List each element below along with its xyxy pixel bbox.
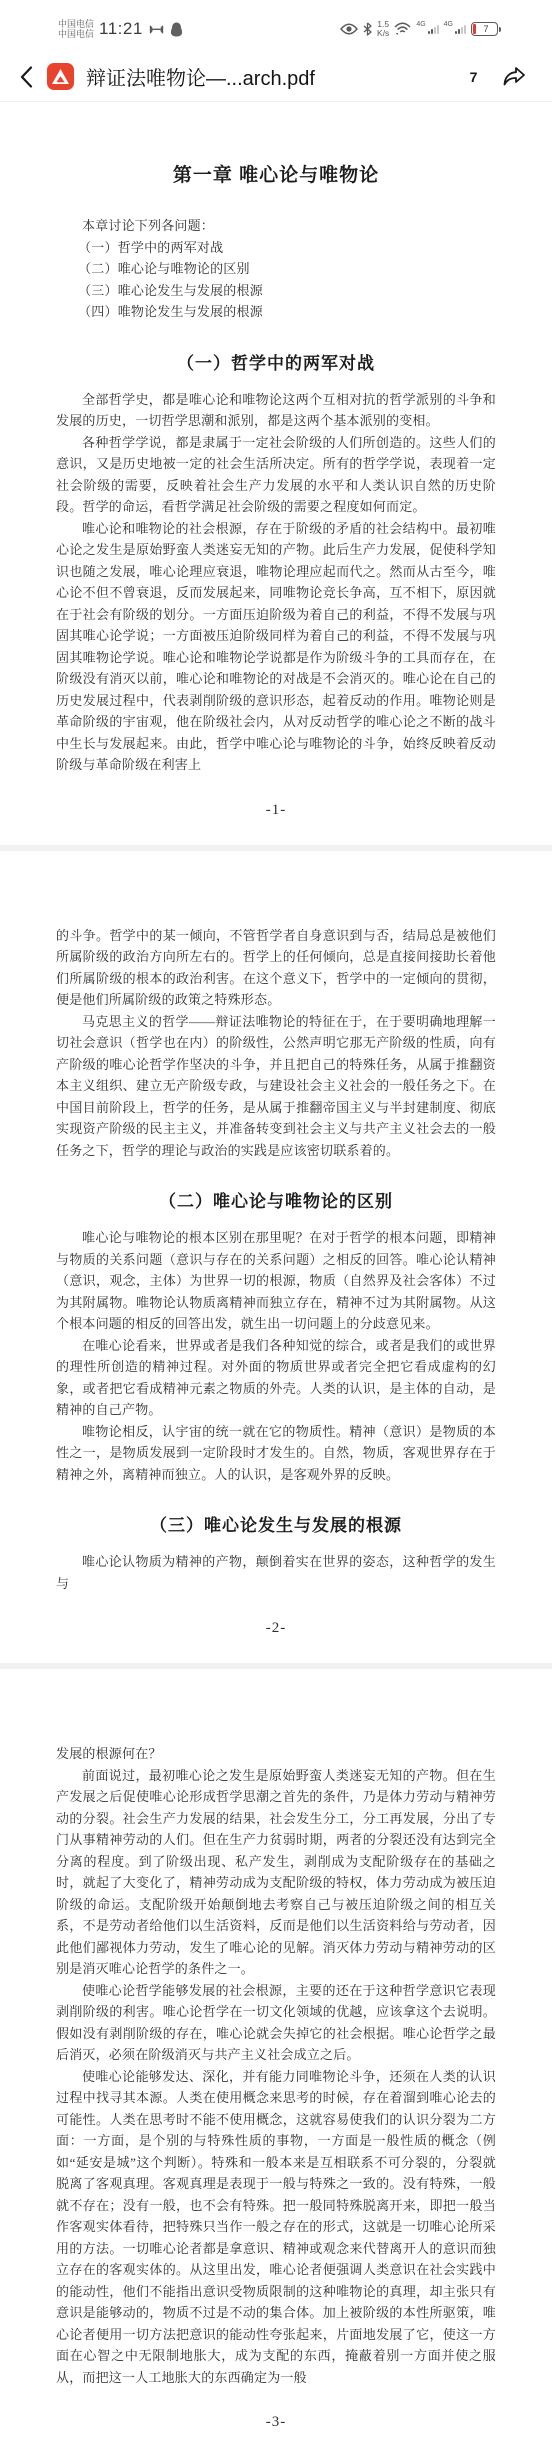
carrier-sim1: 中国电信 [58,19,94,29]
intro-line: 本章讨论下列各问题： [56,215,496,237]
network-speed: 1.5 K/s [377,20,389,38]
paragraph: 唯心论认物质为精神的产物，颠倒着实在世界的姿态，这种哲学的发生与 [56,1551,496,1594]
toc-item-4: （四）唯物论发生与发展的根源 [56,301,496,323]
cell-signal-sim1-icon: 4G [416,25,438,34]
paragraph: 使唯心论能够发达、深化，并有能力同唯物论斗争，还须在人类的认识过程中找寻其本源。… [56,2066,496,2389]
paragraph: 唯心论和唯物论的社会根源，存在于阶级的矛盾的社会结构中。最初唯心论之发生是原始野… [56,518,496,776]
battery-nub [499,27,502,32]
pdf-page-2: 的斗争。哲学中的某一倾向，不管哲学者自身意识到与否，结局总是被他们所属阶级的政治… [0,851,552,1664]
tab-count: 7 [470,69,478,85]
section-heading-3: （三）唯心论发生与发展的根源 [56,1511,496,1536]
page-number: -2- [56,1620,496,1637]
chapter-title: 第一章 唯心论与唯物论 [56,160,496,187]
wifi-icon [394,22,411,36]
battery-icon: 7 [471,22,498,36]
paragraph: 的斗争。哲学中的某一倾向，不管哲学者自身意识到与否，结局总是被他们所属阶级的政治… [56,925,496,1011]
carrier-sim2: 中国电信 [58,29,94,39]
pdf-app-icon [47,63,74,90]
paragraph: 各种哲学学说，都是隶属于一定社会阶级的人们所创造的。这些人们的意识，又是历史地被… [56,432,496,518]
toc-item-2: （二）唯心论与唯物论的区别 [56,258,496,280]
speed-unit: K/s [377,29,389,38]
page-number: -3- [56,2414,496,2431]
paragraph: 马克思主义的哲学——辩证法唯物论的特征在于，在于要明确地理解一切社会意识（哲学也… [56,1011,496,1162]
paragraph: 前面说过，最初唯心论之发生是原始野蛮人类迷妄无知的产物。但在生产发展之后促使唯心… [56,1765,496,1980]
toc-item-3: （三）唯心论发生与发展的根源 [56,280,496,302]
paragraph: 唯心论与唯物论的根本区别在那里呢？在对于哲学的根本问题，即精神与物质的关系问题（… [56,1227,496,1335]
app-header: 辩证法唯物论—...arch.pdf 7 [0,52,552,102]
bluetooth-icon [363,22,372,36]
carrier-labels: 中国电信 中国电信 [58,19,94,39]
battery-percent: 7 [483,24,488,34]
share-button[interactable] [502,66,526,87]
section-heading-1: （一）哲学中的两军对战 [56,349,496,374]
qq-notification-icon [170,22,183,37]
back-button[interactable] [20,66,33,88]
status-bar: 中国电信 中国电信 11:21 1.5 K/s 4G 4G [0,0,552,52]
net-type-2: 4G [444,21,453,28]
cell-signal-sim2-icon: 4G [444,25,466,34]
paragraph: 使唯心论哲学能够发展的社会根源，主要的还在于这种哲学意识它表现剥削阶级的利害。唯… [56,1980,496,2066]
paragraph: 唯物论相反，认宇宙的统一就在它的物质性。精神（意识）是物质的本性之一，是物质发展… [56,1421,496,1486]
clock: 11:21 [99,19,143,39]
pdf-page-1: 第一章 唯心论与唯物论 本章讨论下列各问题： （一）哲学中的两军对战 （二）唯心… [0,102,552,845]
tab-count-button[interactable]: 7 [461,63,486,91]
paragraph: 发展的根源何在？ [56,1743,496,1765]
mute-icon [149,23,164,36]
toc-item-1: （一）哲学中的两军对战 [56,237,496,259]
eye-protect-icon [340,23,358,35]
pdf-page-3: 发展的根源何在？ 前面说过，最初唯心论之发生是原始野蛮人类迷妄无知的产物。但在生… [0,1669,552,2457]
battery-level-fill [473,24,476,34]
net-type-1: 4G [416,21,425,28]
paragraph: 全部哲学史，都是唯心论和唯物论这两个互相对抗的哲学派别的斗争和发展的历史，一切哲… [56,389,496,432]
paragraph: 在唯心论看来，世界或者是我们各种知觉的综合，或者是我们的或世界的理性所创造的精神… [56,1335,496,1421]
document-title: 辩证法唯物论—...arch.pdf [86,62,461,91]
pdf-scroll-area[interactable]: 第一章 唯心论与唯物论 本章讨论下列各问题： （一）哲学中的两军对战 （二）唯心… [0,102,552,2457]
section-heading-2: （二）唯心论与唯物论的区别 [56,1187,496,1212]
page-number: -1- [56,802,496,819]
